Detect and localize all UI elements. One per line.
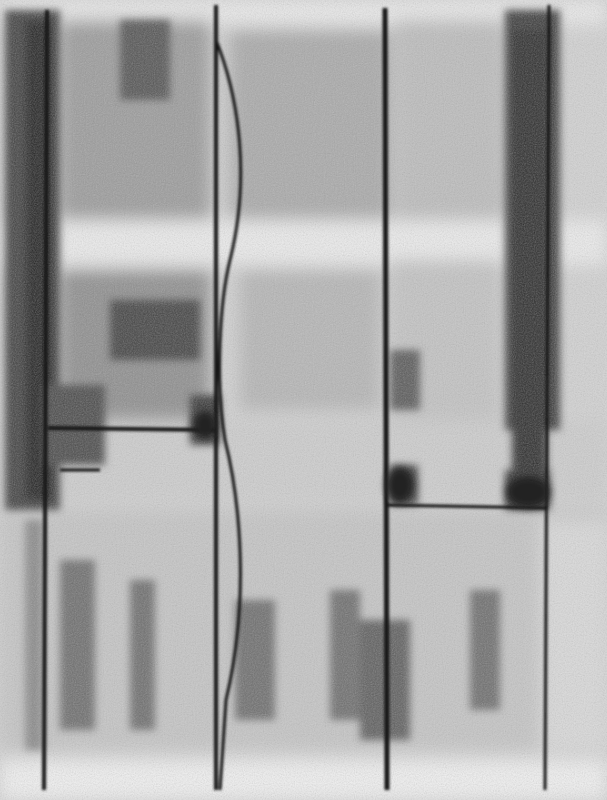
artwork-svg (0, 0, 607, 800)
abstract-artwork (0, 0, 607, 800)
